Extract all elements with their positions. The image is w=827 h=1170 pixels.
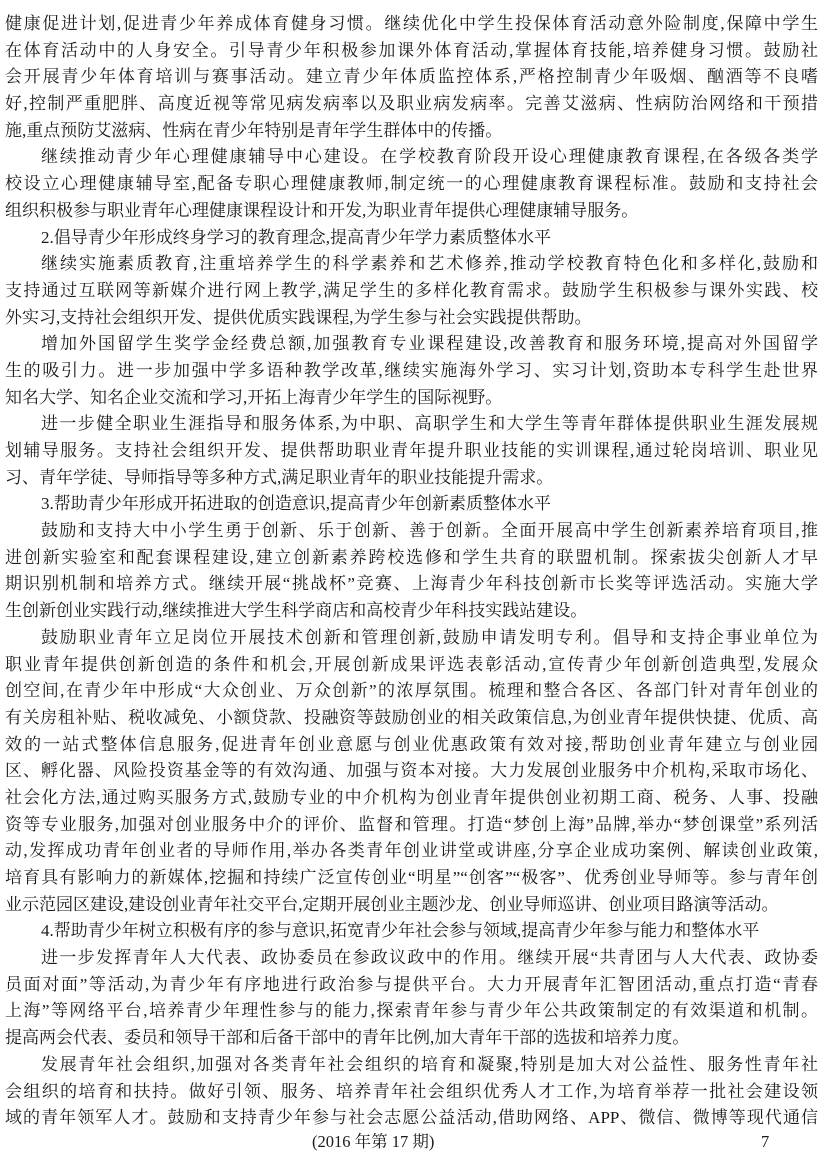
text-line: 职业青年提供创新创造的条件和机会,开展创新成果评选表彰活动,宣传青少年创新创造典…: [5, 652, 818, 679]
section-heading: 2.倡导青少年形成终身学习的教育理念,提高青少年学力素质整体水平: [5, 225, 818, 252]
text-line: 会组织的培育和扶持。做好引领、服务、培养青年社会组织优秀人才工作,为培育举荐一批…: [5, 1079, 818, 1106]
text-line: 效的一站式整体信息服务,促进青年创业意愿与创业优惠政策有效对接,帮助创业青年建立…: [5, 732, 818, 759]
text-line: 资等专业服务,加强对创业服务中介的评价、监督和管理。打造“梦创上海”品牌,举办“…: [5, 812, 818, 839]
text-line: 生创新创业实践行动,继续推进大学生科学商店和高校青少年科技实践站建设。: [5, 598, 818, 625]
text-line: 好,控制严重肥胖、高度近视等常见病发病率以及职业病发病率。完善艾滋病、性病防治网…: [5, 91, 818, 118]
text-line: 员面对面”等活动,为青少年有序地进行政治参与提供平台。大力开展青年汇智团活动,重…: [5, 972, 818, 999]
text-line: 在体育活动中的人身安全。引导青少年积极参加课外体育活动,掌握体育技能,培养健身习…: [5, 38, 818, 65]
text-line: 生的吸引力。进一步加强中学多语种教学改革,继续实施海外学习、实习计划,资助本专科…: [5, 358, 818, 385]
text-line: 鼓励和支持大中小学生勇于创新、乐于创新、善于创新。全面开展高中学生创新素养培育项…: [5, 518, 818, 545]
text-line: 健康促进计划,促进青少年养成体育健身习惯。继续优化中学生投保体育活动意外险制度,…: [5, 11, 818, 38]
text-line: 上海”等网络平台,培养青少年理性参与的能力,探索青年参与青少年公共政策制定的有效…: [5, 998, 818, 1025]
text-line: 动,发挥成功青年创业者的导师作用,举办各类青年创业讲堂或讲座,分享企业成功案例、…: [5, 838, 818, 865]
text-line: 继续推动青少年心理健康辅导中心建设。在学校教育阶段开设心理健康教育课程,在各级各…: [5, 144, 818, 171]
section-heading: 3.帮助青少年形成开拓进取的创造意识,提高青少年创新素质整体水平: [5, 491, 818, 518]
text-line: 区、孵化器、风险投资基金等的有效沟通、加强与资本对接。大力发展创业服务中介机构,…: [5, 758, 818, 785]
text-line: 社会化方法,通过购买服务方式,鼓励专业的中介机构为创业青年提供创业初期工商、税务…: [5, 785, 818, 812]
document-page: 健康促进计划,促进青少年养成体育健身习惯。继续优化中学生投保体育活动意外险制度,…: [0, 0, 827, 1170]
footer-issue-label: (2016 年第 17 期): [312, 1130, 434, 1154]
text-line: 创空间,在青少年中形成“大众创业、万众创新”的浓厚氛围。梳理和整合各区、各部门针…: [5, 678, 818, 705]
text-line: 增加外国留学生奖学金经费总额,加强教育专业课程建设,改善教育和服务环境,提高对外…: [5, 331, 818, 358]
text-line: 提高两会代表、委员和领导干部和后备干部中的青年比例,加大青年干部的选拔和培养力度…: [5, 1025, 818, 1052]
text-line: 划辅导服务。支持社会组织开发、提供帮助职业青年提升职业技能的实训课程,通过轮岗培…: [5, 438, 818, 465]
text-line: 进创新实验室和配套课程建设,建立创新素养跨校选修和学生共育的联盟机制。探索拔尖创…: [5, 545, 818, 572]
text-line: 会开展青少年体育培训与赛事活动。建立青少年体质监控体系,严格控制青少年吸烟、酗酒…: [5, 64, 818, 91]
text-line: 进一步健全职业生涯指导和服务体系,为中职、高职学生和大学生等青年群体提供职业生涯…: [5, 411, 818, 438]
text-line: 发展青年社会组织,加强对各类青年社会组织的培育和凝聚,特别是加大对公益性、服务性…: [5, 1052, 818, 1079]
text-line: 施,重点预防艾滋病、性病在青少年特别是青年学生群体中的传播。: [5, 118, 818, 145]
document-text-block: 健康促进计划,促进青少年养成体育健身习惯。继续优化中学生投保体育活动意外险制度,…: [5, 11, 818, 1132]
text-line: 期识别机制和培养方式。继续开展“挑战杯”竞赛、上海青少年科技创新市长奖等评选活动…: [5, 571, 818, 598]
text-line: 支持通过互联网等新媒介进行网上教学,满足学生的多样化教育需求。鼓励学生积极参与课…: [5, 278, 818, 305]
page-footer: (2016 年第 17 期) 7: [0, 1130, 827, 1154]
page-number: 7: [761, 1130, 769, 1154]
text-line: 域的青年领军人才。鼓励和支持青少年参与社会志愿公益活动,借助网络、APP、微信、…: [5, 1105, 818, 1132]
section-heading: 4.帮助青少年树立积极有序的参与意识,拓宽青少年社会参与领域,提高青少年参与能力…: [5, 918, 818, 945]
text-line: 业示范园区建设,建设创业青年社交平台,定期开展创业主题沙龙、创业导师巡讲、创业项…: [5, 892, 818, 919]
text-line: 继续实施素质教育,注重培养学生的科学素养和艺术修养,推动学校教育特色化和多样化,…: [5, 251, 818, 278]
text-line: 有关房租补贴、税收减免、小额贷款、投融资等鼓励创业的相关政策信息,为创业青年提供…: [5, 705, 818, 732]
text-line: 习、青年学徒、导师指导等多种方式,满足职业青年的职业技能提升需求。: [5, 465, 818, 492]
text-line: 知名大学、知名企业交流和学习,开拓上海青少年学生的国际视野。: [5, 385, 818, 412]
text-line: 鼓励职业青年立足岗位开展技术创新和管理创新,鼓励申请发明专利。倡导和支持企事业单…: [5, 625, 818, 652]
text-line: 校设立心理健康辅导室,配备专职心理健康教师,制定统一的心理健康教育课程标准。鼓励…: [5, 171, 818, 198]
text-line: 培育具有影响力的新媒体,挖掘和持续广泛宣传创业“明星”“创客”“极客”、优秀创业…: [5, 865, 818, 892]
text-line: 外实习,支持社会组织开发、提供优质实践课程,为学生参与社会实践提供帮助。: [5, 305, 818, 332]
text-line: 组织积极参与职业青年心理健康课程设计和开发,为职业青年提供心理健康辅导服务。: [5, 198, 818, 225]
text-line: 进一步发挥青年人大代表、政协委员在参政议政中的作用。继续开展“共青团与人大代表、…: [5, 945, 818, 972]
